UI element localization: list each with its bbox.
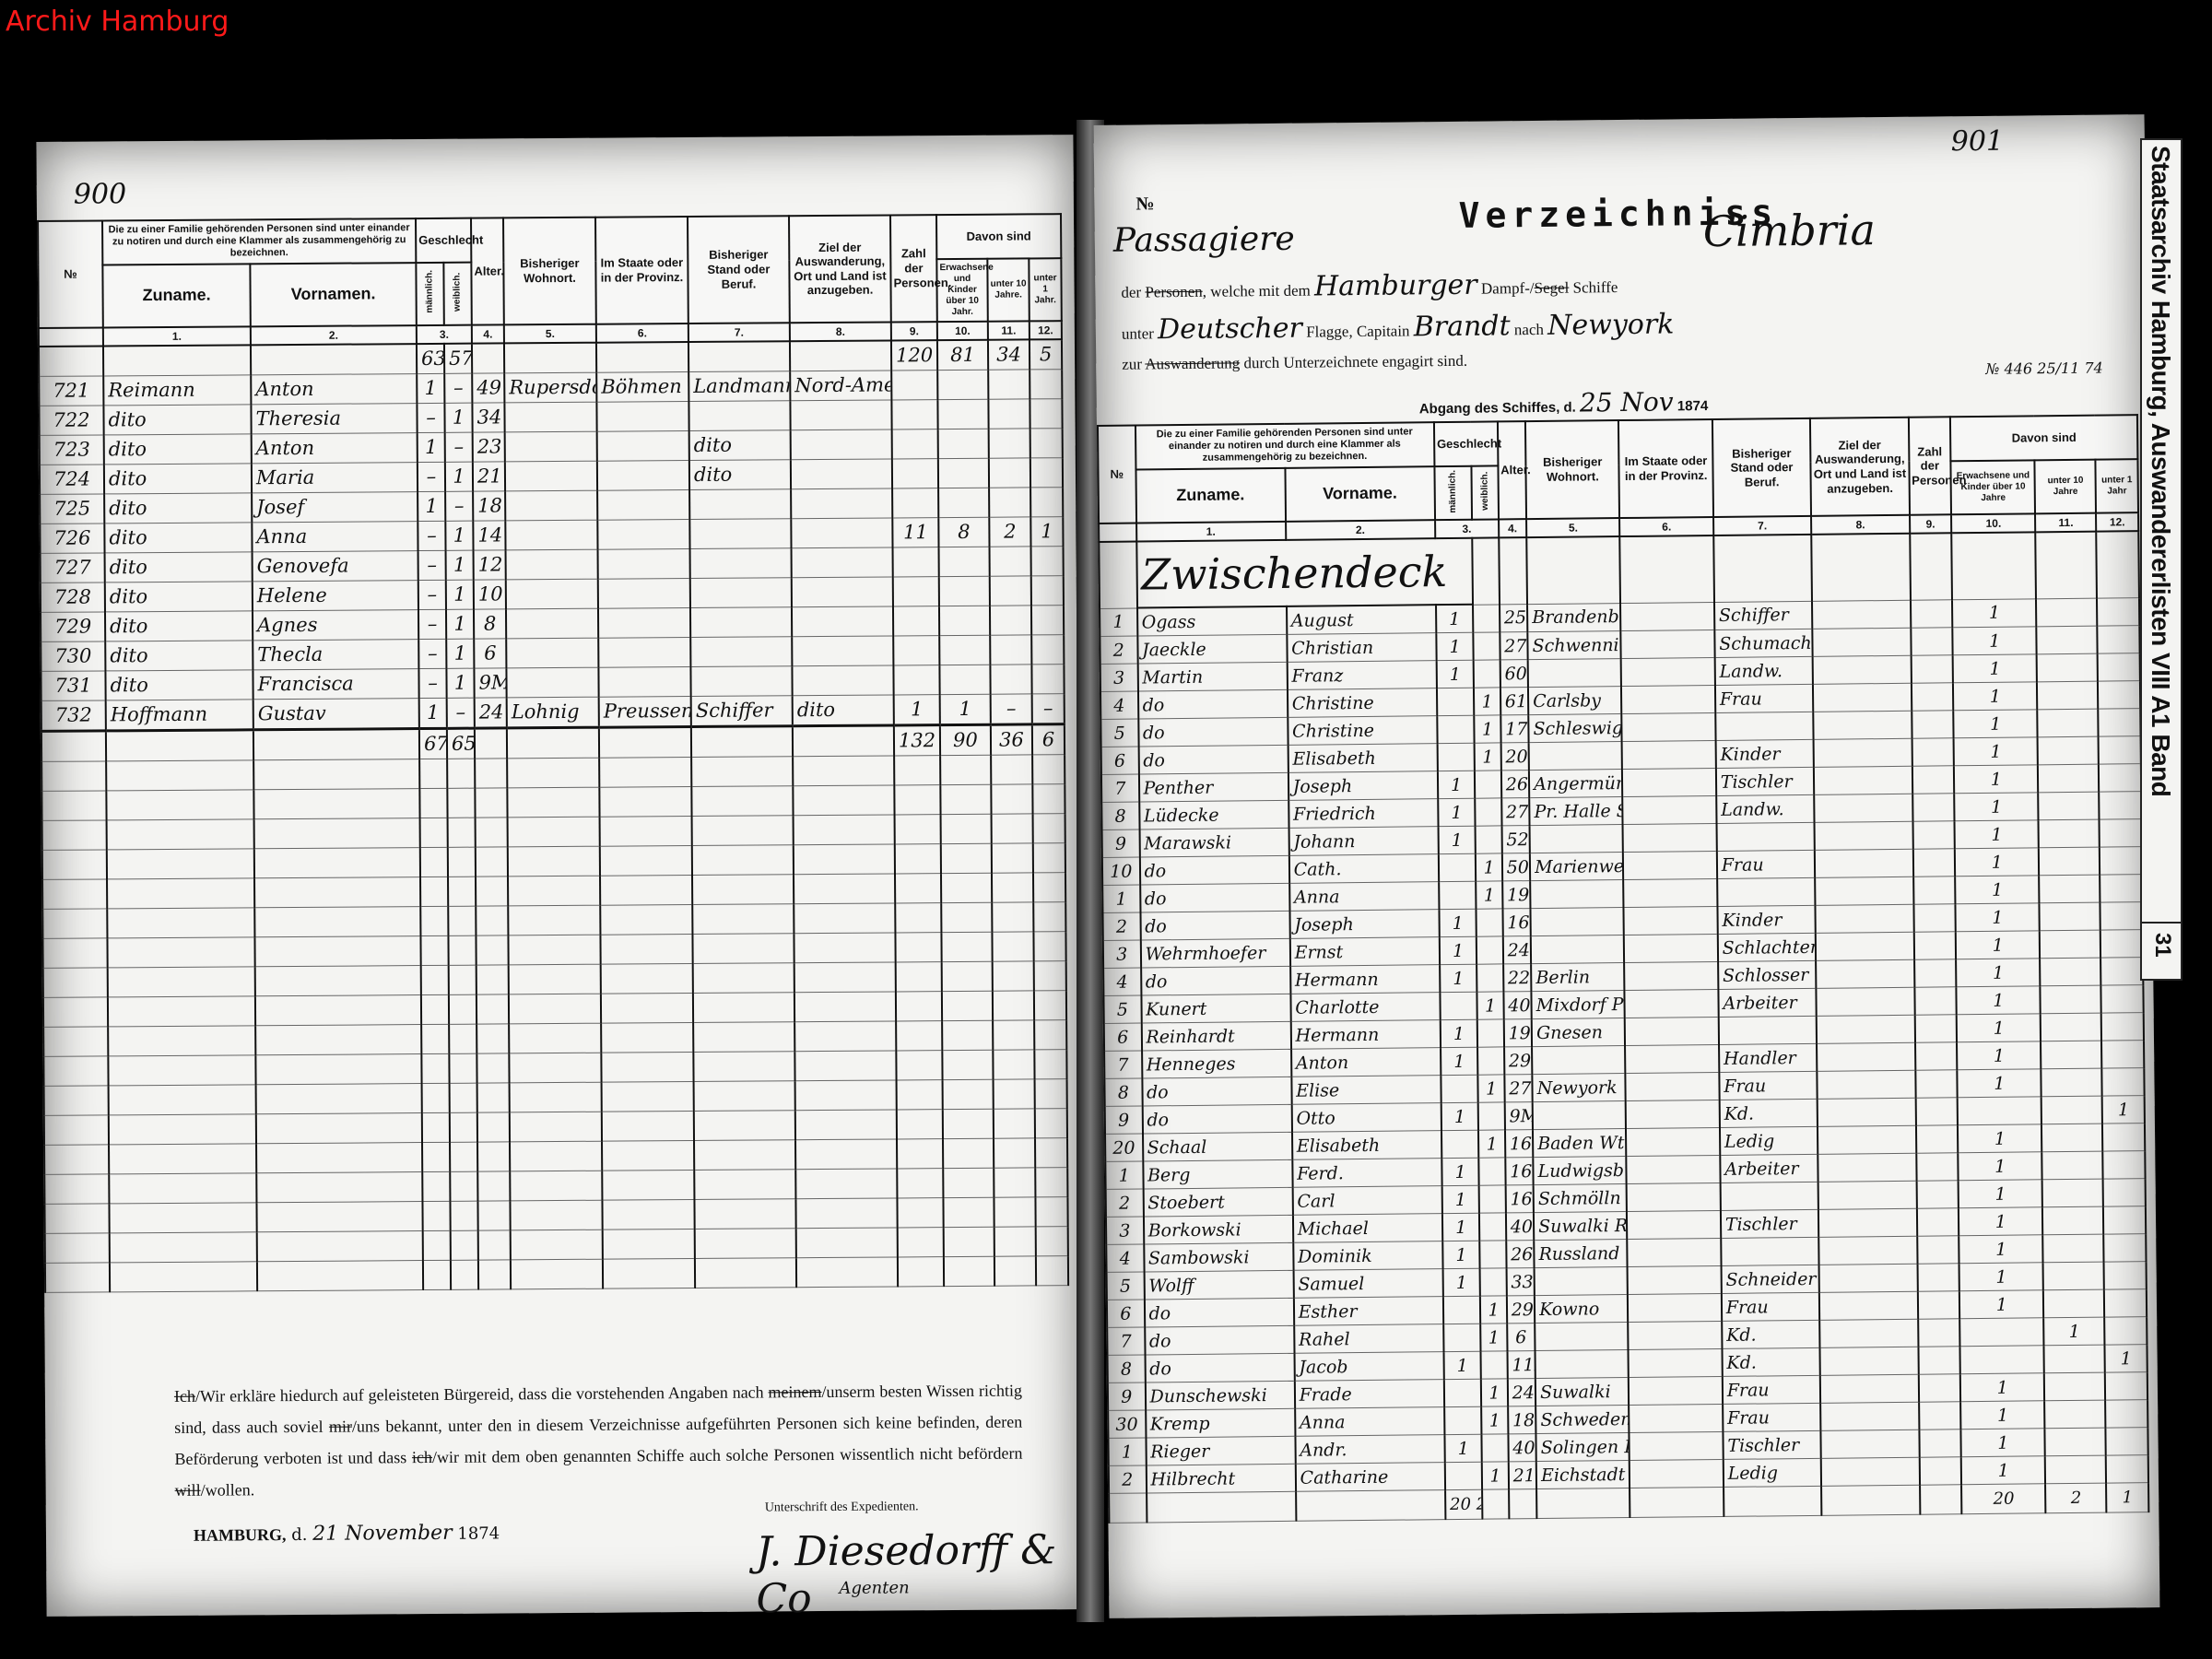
col-header-destination: Ziel der Auswanderung, Ort und Land ist … (789, 215, 891, 322)
empty-cell (692, 875, 794, 905)
empty-cell (510, 1171, 602, 1201)
cell-occupation: Schiffer (1714, 601, 1813, 630)
empty-cell (109, 1114, 256, 1145)
cell-under1 (2103, 1179, 2146, 1206)
cell-under10 (2041, 1041, 2101, 1069)
cell-under1 (2098, 626, 2140, 653)
empty-cell (992, 843, 1033, 873)
cell-age: 24 (1503, 936, 1532, 964)
cell-age: 14 (473, 521, 505, 550)
cell-female (1477, 1047, 1504, 1075)
cell-no: 8 (1101, 802, 1139, 829)
cell-under10 (2045, 1428, 2106, 1456)
section-row: Zwischendeck (1099, 531, 2139, 608)
empty-cell (941, 843, 992, 873)
cell-persons (1916, 1125, 1959, 1153)
empty-cell (796, 1228, 898, 1258)
decl-uns: uns (357, 1417, 380, 1435)
empty-cell (510, 1141, 602, 1171)
empty-cell (896, 1021, 942, 1051)
cell-persons (1915, 1098, 1958, 1125)
cell-persons (1917, 1264, 1959, 1291)
empty-cell (693, 993, 794, 1023)
cell-persons (1913, 877, 1956, 904)
cell-no: 8 (1108, 1355, 1146, 1382)
cell-given: Esther (1294, 1297, 1443, 1326)
empty-row (45, 1256, 1068, 1293)
cell-persons (893, 636, 939, 665)
cell-state (1628, 1266, 1722, 1295)
cell-under10 (2041, 1096, 2102, 1124)
cell-adults: 1 (1959, 1235, 2043, 1264)
empty-cell (1033, 902, 1065, 932)
cell-no: 20 (1105, 1134, 1143, 1161)
cell-male: 1 (1441, 1047, 1478, 1075)
cell-age: 6 (474, 639, 506, 668)
cell-residence: Lohnig (507, 697, 599, 728)
empty-cell (994, 1197, 1035, 1227)
cell-surname: do (1138, 690, 1288, 720)
cell-given: Carl (1292, 1186, 1441, 1216)
empty-cell (895, 874, 941, 903)
cell-age: 33 (1506, 1268, 1535, 1296)
cell-age: 16 (1502, 909, 1531, 936)
cell-destination (791, 429, 892, 460)
empty-cell (509, 994, 601, 1024)
empty-cell (898, 1228, 944, 1257)
empty-cell (107, 878, 254, 909)
cell-age: 18 (1508, 1406, 1536, 1434)
empty-cell (795, 1080, 897, 1111)
cell-under1 (2099, 709, 2141, 736)
cell-male: 1 (418, 491, 445, 521)
cell-under1 (2104, 1262, 2147, 1289)
cell-residence: Russland (1534, 1240, 1628, 1268)
empty-cell (602, 1081, 694, 1112)
empty-cell (44, 1204, 109, 1233)
total-empty (41, 731, 106, 761)
cell-given: Elise (1291, 1076, 1441, 1105)
empty-cell (45, 1233, 110, 1263)
cell-surname: Wehrmhoefer (1140, 939, 1289, 969)
cell-persons (1919, 1430, 1961, 1457)
cell-state: Böhmen (596, 371, 688, 402)
empty-cell (107, 908, 254, 938)
empty-cell (994, 1256, 1036, 1286)
empty-cell (448, 935, 476, 965)
cell-male (1441, 1075, 1478, 1102)
cell-occupation (1719, 1017, 1818, 1045)
cell-given: Gustav (253, 699, 419, 730)
cell-residence (1535, 1350, 1630, 1379)
cell-male (1441, 1130, 1479, 1158)
cell-occupation: Landmann (688, 371, 790, 402)
empty-cell (420, 906, 448, 935)
cell-female (1475, 771, 1501, 798)
cell-occupation: Frau (1717, 851, 1816, 879)
cell-occupation (689, 519, 791, 549)
cell-female: 1 (446, 639, 474, 668)
empty-cell (1036, 1227, 1068, 1256)
col-header-sex: Geschlecht (416, 218, 471, 263)
cell-under10 (2037, 653, 2098, 682)
captain-name: Brandt (1414, 310, 1511, 343)
footer-empty (1147, 1492, 1296, 1524)
empty-cell (895, 933, 941, 962)
cell-under10 (2037, 626, 2098, 654)
column-number: 3. (1435, 519, 1499, 538)
empty-cell (450, 1112, 477, 1142)
declaration-year: 1874 (457, 1524, 500, 1543)
empty-cell (109, 1144, 256, 1174)
empty-cell (793, 756, 894, 786)
empty-cell (254, 936, 420, 967)
empty-cell (944, 1256, 994, 1286)
empty-cell (108, 996, 255, 1027)
decl-unserm: unserm (826, 1382, 875, 1401)
empty-cell (994, 1138, 1035, 1168)
cell-adults: 1 (1960, 1401, 2045, 1430)
cell-female (1476, 798, 1502, 826)
cell-persons (1918, 1319, 1960, 1347)
empty-cell (940, 784, 991, 814)
cell-residence (506, 638, 598, 668)
footer-empty (1630, 1488, 1724, 1518)
left-ledger-table: № Die zu einer Familie gehörenden Person… (37, 213, 1069, 1293)
cell-female (1482, 1434, 1509, 1462)
cell-persons (1916, 1153, 1959, 1181)
cell-female (1479, 1213, 1506, 1241)
cell-destination (1814, 794, 1912, 822)
cell-adults: 1 (1956, 903, 2041, 932)
empty-cell (898, 1257, 944, 1287)
cell-given: Ferd. (1292, 1159, 1441, 1188)
cell-given: Elisabeth (1288, 744, 1437, 773)
cell-under1 (2101, 1041, 2144, 1068)
cell-no: 4 (1100, 691, 1138, 719)
cell-under1 (2100, 902, 2143, 930)
cell-occupation: Schlachter (1718, 934, 1817, 962)
empty-cell (448, 847, 476, 877)
cell-female: 1 (1478, 1130, 1505, 1158)
cell-adults: 1 (1958, 1152, 2042, 1181)
cell-male (1443, 1324, 1481, 1351)
cell-destination (792, 636, 893, 666)
cell-under1 (2100, 847, 2142, 875)
cell-no: 6 (1107, 1300, 1145, 1327)
cell-surname: Marawski (1139, 829, 1288, 858)
cell-surname: dito (104, 434, 252, 465)
col-header-adults: Erwachsene und Kinder über 10 Jahr. (936, 258, 987, 321)
empty-cell (42, 909, 107, 938)
cell-under10 (2042, 1206, 2103, 1235)
empty-cell (476, 818, 508, 847)
cell-age: 12 (474, 550, 506, 580)
empty-cell (693, 963, 794, 994)
cell-under1 (2098, 653, 2140, 681)
col-header-male: männlich. (1434, 465, 1472, 520)
col-header-of-which: Davon sind (1950, 415, 2137, 461)
empty-cell (942, 991, 993, 1020)
cell-residence: Mixdorf Posen (1532, 991, 1626, 1019)
empty-cell (423, 1260, 451, 1289)
empty-cell (695, 1258, 796, 1288)
empty-cell (942, 961, 993, 991)
empty-cell (257, 1261, 423, 1291)
cell-under1 (2100, 875, 2142, 902)
cell-given: Hermann (1290, 965, 1440, 994)
empty-cell (943, 1138, 994, 1168)
empty-cell (508, 905, 600, 935)
empty-cell (1035, 1168, 1067, 1197)
cell-male: – (418, 668, 446, 698)
cell-destination (1818, 1070, 1916, 1099)
cell-under1 (1031, 635, 1064, 665)
empty-cell (422, 1083, 450, 1112)
cell-male: – (418, 609, 446, 639)
cell-destination (792, 665, 893, 696)
departure-date: 25 Nov (1580, 386, 1674, 418)
footer-empty (1509, 1489, 1537, 1519)
cell-given: Christian (1287, 633, 1436, 663)
empty-cell (450, 1083, 477, 1112)
empty-cell (450, 1171, 477, 1201)
empty-cell (600, 816, 692, 846)
empty-cell (693, 1022, 794, 1053)
cell-age: 9M. (474, 668, 506, 698)
cell-under1 (2101, 985, 2144, 1013)
cell-age: 29 (1504, 1047, 1533, 1075)
cell-adults: 1 (1961, 1429, 2046, 1457)
empty-cell (794, 874, 895, 904)
cell-persons (1919, 1457, 1961, 1485)
cell-given: Ernst (1289, 937, 1439, 967)
empty-cell (600, 875, 692, 905)
departure-line: Abgang des Schiffes, d. 25 Nov 1874 (1419, 386, 1709, 419)
cell-occupation: Frau (1723, 1404, 1821, 1432)
empty-cell (991, 755, 1032, 784)
empty-cell (106, 760, 253, 791)
total-persons: 132 (894, 725, 940, 756)
cell-adults: 1 (1955, 848, 2040, 877)
left-page: 900 № Die zu einer Familie gehörenden Pe… (36, 135, 1083, 1617)
cell-occupation: Kinder (1715, 740, 1814, 769)
column-number: 11. (988, 321, 1030, 340)
cell-age: 16 (1505, 1185, 1534, 1213)
carried-female: 57 (444, 344, 472, 374)
heading-struck: Auswanderung (1145, 354, 1240, 372)
cell-residence: Schwenningen Wttbg (1527, 631, 1621, 660)
cell-female (1476, 826, 1502, 853)
cell-no: 7 (1104, 1051, 1142, 1078)
cell-given: Catharine (1295, 1463, 1444, 1492)
cell-state (1624, 907, 1718, 935)
cell-adults (939, 576, 990, 606)
cell-persons (1918, 1374, 1960, 1402)
col-header-persons: Zahl der Personen (1909, 417, 1952, 514)
cell-state (597, 430, 689, 461)
empty-cell (448, 877, 476, 906)
cell-under10 (2042, 1179, 2103, 1207)
signature: J. Diesedorff & Co (756, 1526, 1084, 1622)
footer-empty (1536, 1488, 1630, 1519)
cell-adults: 1 (1955, 820, 2040, 849)
place-date: HAMBURG, d. 21 November 1874 (194, 1521, 500, 1546)
heading-text: durch Unterzeichnete engagirt sind. (1243, 352, 1467, 372)
cell-surname: Sambowski (1144, 1243, 1293, 1273)
cell-residence (1531, 908, 1625, 936)
empty-cell (508, 935, 600, 965)
cell-persons (1915, 1042, 1958, 1070)
empty-cell (794, 1021, 896, 1052)
cell-occupation (690, 548, 792, 579)
col-header-occupation: Bisheriger Stand oder Beruf. (688, 216, 790, 323)
empty-cell (992, 814, 1033, 843)
cell-residence: Angermünde Pr. Bdbg (1529, 770, 1623, 798)
empty-cell (420, 818, 448, 847)
cell-surname: do (1145, 1354, 1294, 1383)
cell-under10 (989, 429, 1030, 458)
empty-cell (476, 935, 508, 965)
cell-adults: 8 (938, 517, 989, 547)
cell-male (1443, 1296, 1481, 1324)
cell-age: 19 (1503, 1019, 1532, 1047)
cell-age: 18 (473, 491, 505, 521)
cell-given: Josef (252, 492, 418, 523)
cell-male: 1 (1441, 1158, 1479, 1185)
empty-cell (942, 1020, 993, 1050)
empty-cell (255, 1025, 421, 1055)
column-number: 10. (937, 321, 988, 340)
column-number: 7. (1713, 516, 1812, 536)
cell-male: 1 (1443, 1351, 1481, 1379)
cell-occupation: Tischler (1723, 1431, 1821, 1460)
archive-volume-label: 31 (2140, 922, 2183, 981)
cell-state (1628, 1239, 1722, 1267)
cell-destination (1814, 738, 1912, 767)
cell-state (598, 607, 690, 638)
col-header-family-note: Die zu einer Familie gehörenden Personen… (102, 218, 416, 265)
empty-cell (41, 791, 106, 820)
cell-given: Maria (252, 463, 418, 493)
cell-male: 1 (1439, 909, 1477, 936)
empty-cell (896, 992, 942, 1021)
cell-given: Friedrich (1288, 799, 1438, 829)
footer-empty (1109, 1493, 1147, 1523)
empty-cell (896, 1051, 942, 1080)
cell-female: 1 (446, 668, 474, 698)
footer-empty (1296, 1490, 1445, 1522)
empty-cell (509, 1053, 601, 1083)
cell-female (1477, 964, 1503, 992)
cell-under10 (2040, 930, 2100, 959)
cell-destination (1820, 1402, 1919, 1430)
cell-destination (1817, 1042, 1915, 1071)
empty-cell (1033, 843, 1065, 873)
cell-given: Rahel (1294, 1324, 1443, 1354)
empty-cell (1033, 873, 1065, 902)
cell-adults: 1 (940, 694, 991, 724)
column-number: 8. (1811, 515, 1910, 535)
cell-persons (1914, 1015, 1957, 1042)
cell-male: 1 (1436, 660, 1474, 688)
cell-residence: Baden Wttbg (1533, 1129, 1627, 1158)
empty-cell (42, 820, 107, 850)
cell-state (1629, 1349, 1723, 1378)
empty-cell (477, 1171, 510, 1201)
empty-cell (694, 1199, 795, 1230)
cell-state (1630, 1460, 1724, 1488)
empty-cell (941, 902, 992, 932)
cell-adults: 1 (1959, 1207, 2043, 1236)
empty-cell (603, 1258, 695, 1288)
empty-cell (796, 1257, 898, 1288)
cell-under10 (2037, 681, 2098, 710)
cell-under1 (2097, 597, 2139, 626)
cell-destination (1817, 1015, 1915, 1043)
empty-cell (602, 1199, 694, 1230)
cell-female: 1 (1476, 853, 1502, 881)
empty-cell (1032, 784, 1065, 814)
empty-cell (110, 1262, 257, 1292)
heading-text: welche mit dem (1210, 282, 1311, 300)
cell-surname: dito (104, 523, 252, 553)
cell-residence (506, 579, 598, 609)
column-number: 2. (251, 325, 417, 346)
decl-ich-struck: Ich (174, 1387, 195, 1406)
column-number: 10. (1951, 513, 2035, 533)
cell-age: 20 (1500, 743, 1529, 771)
col-header-destination: Ziel der Auswanderung, Ort und Land ist … (1810, 418, 1910, 516)
empty-cell (421, 1053, 449, 1083)
empty-cell (992, 902, 1033, 932)
empty-cell (601, 963, 693, 994)
cell-female (1473, 605, 1500, 633)
right-ledger-body: Zwischendeck 1OgassAugust125Brandenburg … (1099, 531, 2148, 1523)
cell-given: Christine (1288, 716, 1437, 746)
empty-cell (795, 1198, 897, 1229)
empty-cell (255, 1054, 421, 1085)
cell-no: 8 (1104, 1078, 1142, 1106)
cell-given: Elisabeth (1292, 1131, 1441, 1160)
cell-state (1623, 824, 1717, 853)
empty-cell (109, 1173, 256, 1204)
empty-cell (477, 1053, 509, 1083)
cell-destination (1816, 932, 1914, 960)
empty-cell (108, 967, 255, 997)
empty-cell (511, 1230, 603, 1260)
cell-no: 724 (40, 465, 104, 494)
cell-female: 1 (1481, 1406, 1508, 1434)
empty-cell (692, 904, 794, 935)
cell-male (1439, 881, 1477, 909)
decl-wir: Wir (200, 1387, 225, 1406)
column-number: 3. (417, 324, 472, 344)
cell-surname: do (1144, 1299, 1293, 1328)
cell-under1 (2100, 819, 2142, 847)
cell-surname: Stoebert (1143, 1188, 1292, 1218)
cell-residence: Eichstadt Baden (1536, 1461, 1630, 1489)
empty-cell (794, 1051, 896, 1081)
cell-no: 1 (1100, 608, 1137, 637)
cell-given: Hermann (1290, 1020, 1440, 1050)
cell-state (1626, 1100, 1720, 1129)
cell-destination (791, 518, 892, 548)
cell-destination (1820, 1347, 1919, 1375)
empty-cell (108, 1026, 255, 1056)
cell-adults: 1 (1958, 1069, 2042, 1098)
cell-persons (893, 606, 939, 636)
